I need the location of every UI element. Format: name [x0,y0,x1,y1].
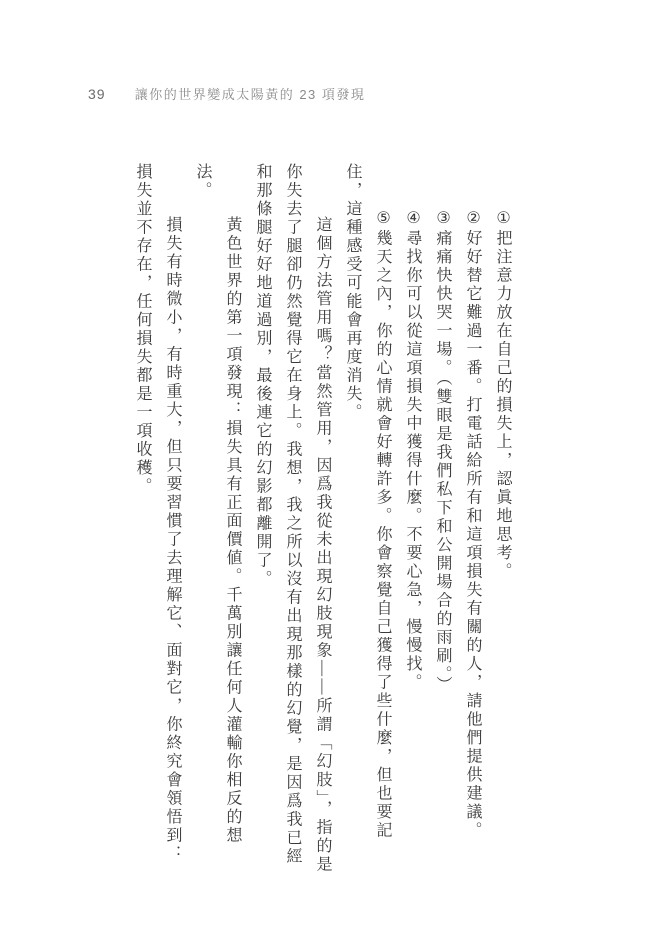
list-text-4: 尋找你可以從這項損失中獲得什麼。不要心急，慢慢找。 [404,230,421,693]
list-item-3: ③痛痛快快哭一場。（雙眼是我們私下和公開場合的雨刷。） [427,163,457,876]
page-header: 39 讓你的世界變成太陽黃的 23 項發現 [88,84,365,103]
paragraph-first-discovery: 黃色世界的第一項發現：損失具有正面價値。千萬別讓任何人灌輸你相反的想法。 [187,163,247,876]
list-item-5: ⑤幾天之內，你的心情就會好轉許多。你會察覺自己獲得了些什麼，但也要記住，這種感受… [337,163,397,876]
paragraph-loss-is-gain: 損失有時微小，有時重大，但只要習慣了去理解它、面對它，你終究會領悟到：損失並不存… [127,163,187,876]
list-item-1: ①把注意力放在自己的損失上，認眞地思考。 [487,163,517,876]
list-text-2: 好好替它難過一番。打電話給所有和這項損失有關的人，請他們提供建議。 [464,230,481,841]
list-marker-1: ① [494,208,511,230]
list-marker-3: ③ [434,208,451,230]
list-text-5: 幾天之內，你的心情就會好轉許多。你會察覺自己獲得了些什麼，但也要記住，這種感受可… [344,163,391,840]
list-text-1: 把注意力放在自己的損失上，認眞地思考。 [494,230,511,582]
running-title: 讓你的世界變成太陽黃的 23 項發現 [135,87,366,102]
list-marker-4: ④ [404,208,421,230]
list-marker-5: ⑤ [374,208,391,230]
list-item-4: ④尋找你可以從這項損失中獲得什麼。不要心急，慢慢找。 [397,163,427,876]
paragraph-phantom-limb: 這個方法管用嗎？當然管用，因爲我從未出現幻肢現象——所謂「幻肢」，指的是你失去了… [247,163,337,876]
list-item-2: ②好好替它難過一番。打電話給所有和這項損失有關的人，請他們提供建議。 [457,163,487,876]
body-text: ①把注意力放在自己的損失上，認眞地思考。 ②好好替它難過一番。打電話給所有和這項… [127,163,517,876]
list-text-3: 痛痛快快哭一場。（雙眼是我們私下和公開場合的雨刷。） [434,230,451,695]
list-marker-2: ② [464,208,481,230]
page-number: 39 [88,86,106,102]
